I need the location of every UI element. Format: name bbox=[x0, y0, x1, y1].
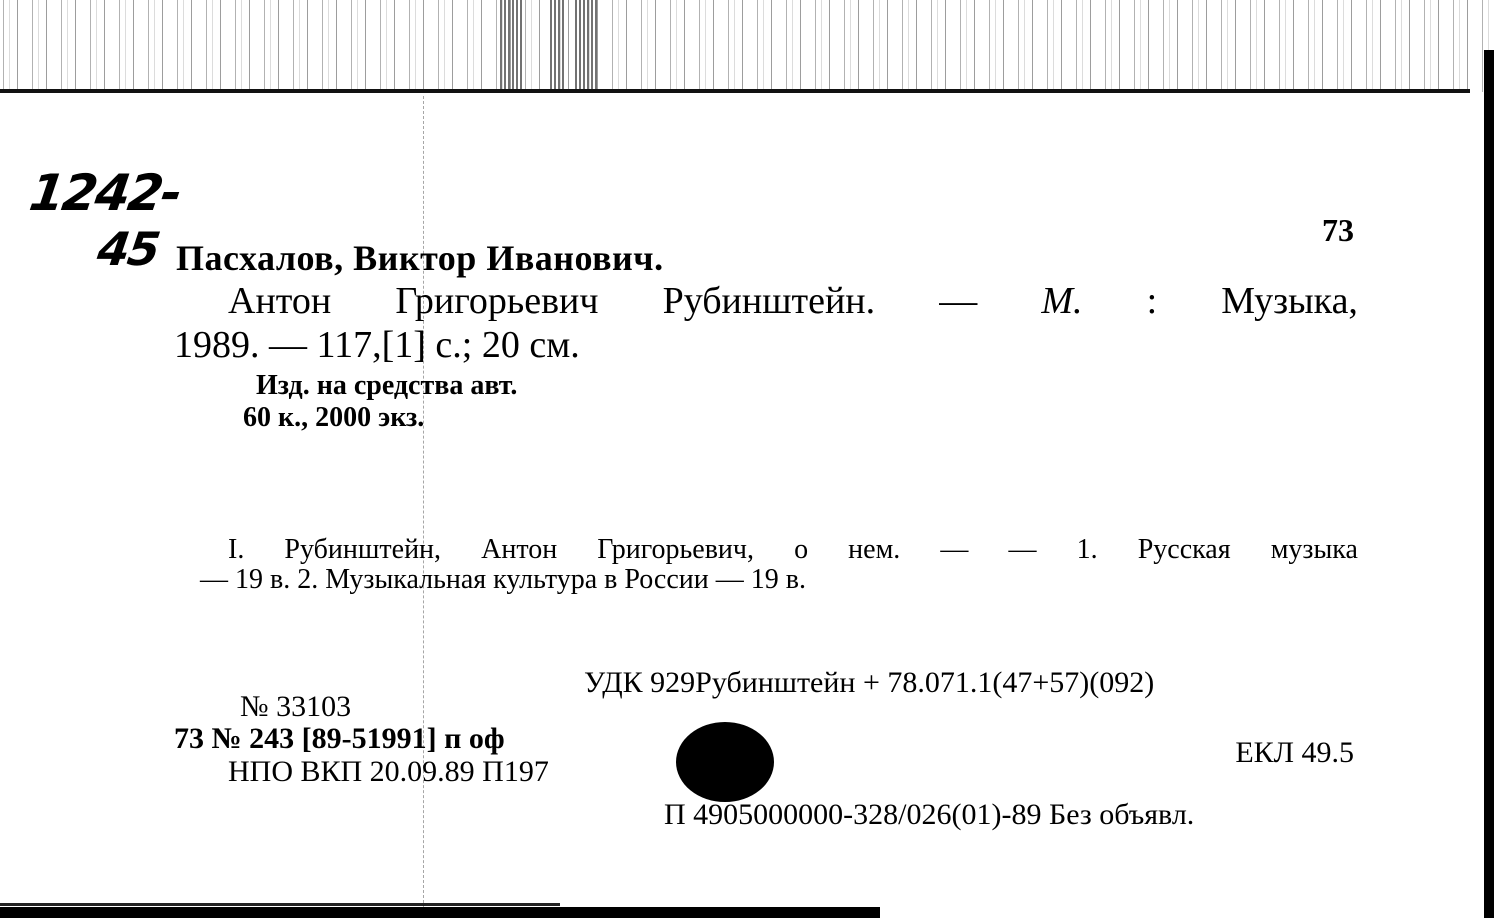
ekl-code: ЕКЛ 49.5 bbox=[1235, 738, 1354, 768]
price-run-note: 60 к., 2000 экз. bbox=[243, 404, 424, 432]
title-word: Рубинштейн. bbox=[663, 282, 876, 320]
card-top-edge bbox=[0, 89, 1470, 93]
title-word: Антон bbox=[228, 282, 331, 320]
subject-word: Рубинштейн, bbox=[284, 536, 441, 564]
title-word: : bbox=[1147, 282, 1158, 320]
order-number: № 33103 bbox=[240, 692, 351, 722]
subject-word: музыка bbox=[1271, 536, 1358, 564]
card-bottom-edge-shadow bbox=[0, 907, 880, 918]
author-heading: Пасхалов, Виктор Иванович. bbox=[176, 240, 664, 276]
subjects-line-1: I. Рубинштейн, Антон Григорьевич, о нем.… bbox=[228, 536, 1358, 564]
shelfmark-handwritten-line1: 1242- bbox=[26, 168, 183, 218]
title-word: Музыка, bbox=[1221, 282, 1358, 320]
subject-word: I. bbox=[228, 536, 244, 564]
subject-word: — bbox=[940, 536, 968, 564]
printer-line: НПО ВКП 20.09.89 П197 bbox=[228, 757, 549, 787]
subject-word: нем. bbox=[848, 536, 900, 564]
title-word: М. bbox=[1041, 282, 1082, 320]
subject-word: — bbox=[1009, 536, 1037, 564]
punch-hole bbox=[676, 722, 774, 802]
title-word: Григорьевич bbox=[395, 282, 598, 320]
card-right-edge bbox=[1484, 50, 1494, 918]
scan-noise-top bbox=[0, 0, 1494, 92]
shelfmark-handwritten-line2: 45 bbox=[95, 226, 161, 272]
subject-word: Антон bbox=[481, 536, 557, 564]
price-code: П 4905000000-328/026(01)-89 Без объявл. bbox=[664, 800, 1194, 830]
imprint-line: 1989. — 117,[1] с.; 20 см. bbox=[174, 326, 580, 364]
title-line: Антон Григорьевич Рубинштейн. — М. : Муз… bbox=[228, 282, 1358, 320]
subject-word: Григорьевич, bbox=[597, 536, 754, 564]
subject-word: 1. bbox=[1077, 536, 1098, 564]
subject-word: о bbox=[794, 536, 808, 564]
subject-word: Русская bbox=[1138, 536, 1231, 564]
udk-classification: УДК 929Рубинштейн + 78.071.1(47+57)(092) bbox=[584, 668, 1154, 698]
card-bottom-edge bbox=[0, 903, 560, 906]
card-number: 73 bbox=[1322, 214, 1354, 246]
order-line: 73 № 243 [89-51991] п оф bbox=[174, 724, 505, 754]
publication-note: Изд. на средства авт. bbox=[256, 372, 517, 400]
fold-line bbox=[423, 96, 425, 918]
title-word: — bbox=[939, 282, 977, 320]
subjects-line-2: — 19 в. 2. Музыкальная культура в России… bbox=[200, 566, 806, 594]
